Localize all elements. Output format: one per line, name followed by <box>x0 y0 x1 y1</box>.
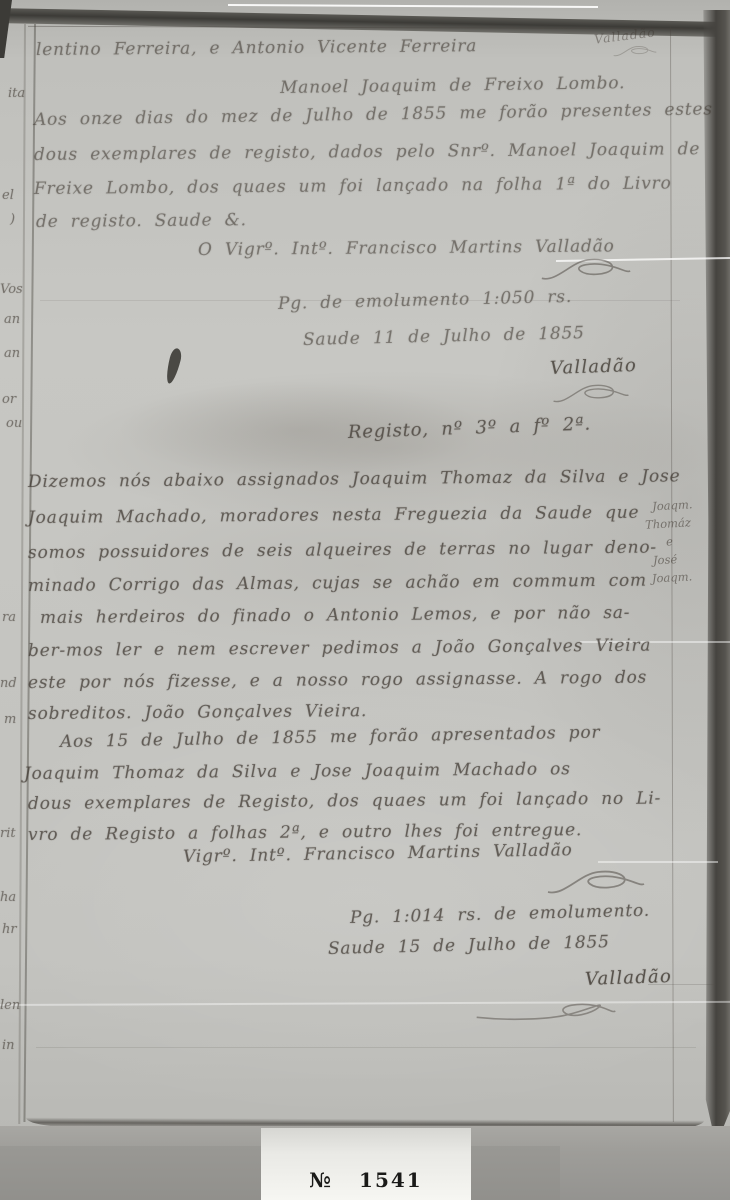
margin-note: Joaqm. Thomáz e José Joaqm. <box>642 494 717 588</box>
manuscript-line: sobreditos. João Gonçalves Vieira. <box>28 703 367 723</box>
manuscript-line: dous exemplares de registo, dados pelo S… <box>34 141 700 164</box>
manuscript-line: dous exemplares de Registo, dos quaes um… <box>28 790 661 813</box>
manuscript-line: Pg. de emolumento 1:050 rs. <box>278 289 572 313</box>
edge-fragment: hr <box>2 922 17 937</box>
manuscript-line: de registo. Saude &. <box>36 212 247 231</box>
signature-rubric-icon <box>462 996 630 1028</box>
manuscript-line: este por nós fizesse, e a nosso rogo ass… <box>28 670 647 692</box>
book-left-edge <box>0 0 12 58</box>
manuscript-line: minado Corrigo das Almas, cujas se achão… <box>28 573 647 595</box>
numero-sign: № <box>309 1168 333 1192</box>
signature-rubric-icon <box>540 254 632 288</box>
manuscript-line: Joaquim Thomaz da Silva e Jose Joaquim M… <box>24 761 571 783</box>
edge-fragment: ) <box>10 212 15 227</box>
manuscript-line: Dizemos nós abaixo assignados Joaquim Th… <box>28 468 681 491</box>
manuscript-line: lentino Ferreira, e Antonio Vicente Ferr… <box>36 38 477 59</box>
manuscript-line: Saude 15 de Julho de 1855 <box>328 934 610 958</box>
manuscript-line: Freixe Lombo, dos quaes um foi lançado n… <box>34 175 672 198</box>
edge-fragment: an <box>4 346 20 361</box>
edge-fragment: ou <box>6 416 22 431</box>
manuscript-line: Saude 11 de Julho de 1855 <box>303 325 585 349</box>
manuscript-line: Manoel Joaquim de Freixo Lombo. <box>280 75 625 97</box>
edge-fragment: an <box>4 312 20 327</box>
manuscript-line: Registo, nº 3º a fº 2ª. <box>348 416 592 442</box>
ink-blot <box>164 347 183 385</box>
manuscript-line: somos possuidores de seis alqueires de t… <box>28 540 657 562</box>
signature: Valladão <box>550 357 638 378</box>
edge-fragment: ita <box>8 86 25 101</box>
edge-fragment: nd <box>0 676 17 691</box>
manuscript-line: Aos onze dias do mez de Julho de 1855 me… <box>34 101 713 129</box>
edge-fragment: or <box>2 392 16 407</box>
signature-rubric-icon <box>612 44 658 60</box>
edge-fragment: ra <box>2 610 16 625</box>
archival-number: №1541 <box>261 1168 471 1192</box>
edge-fragment: in <box>2 1038 15 1053</box>
margin-note-line: Joaqm. <box>651 566 716 587</box>
signature-rubric-icon <box>540 866 652 902</box>
signature-rubric-icon <box>552 380 630 410</box>
signature-tail-stroke <box>648 984 716 985</box>
edge-fragment: Vos <box>0 282 23 297</box>
manuscript-line: ber-mos ler e nem escrever pedimos a Joã… <box>28 638 651 660</box>
edge-fragment: m <box>4 712 16 727</box>
manuscript-line: Pg. 1:014 rs. de emolumento. <box>350 903 650 927</box>
edge-fragment: el <box>2 188 14 203</box>
edge-fragment: rit <box>0 826 16 841</box>
faint-crease <box>36 1047 696 1048</box>
scanned-page: Valladão lentino Ferreira, e Antonio Vic… <box>0 0 730 1200</box>
manuscript-line: mais herdeiros do finado o Antonio Lemos… <box>40 605 630 627</box>
manuscript-line: Vigrº. Intº. Francisco Martins Valladão <box>183 842 573 866</box>
archival-number-value: 1541 <box>359 1168 423 1192</box>
signature: Valladão <box>585 968 673 989</box>
crease-line <box>598 861 718 863</box>
edge-fragment: len <box>0 998 20 1013</box>
scratch-line <box>228 4 598 8</box>
manuscript-line: Joaquim Machado, moradores nesta Freguez… <box>28 505 640 527</box>
edge-fragment: ha <box>0 890 16 905</box>
manuscript-line: Aos 15 de Julho de 1855 me forão apresen… <box>60 725 601 751</box>
